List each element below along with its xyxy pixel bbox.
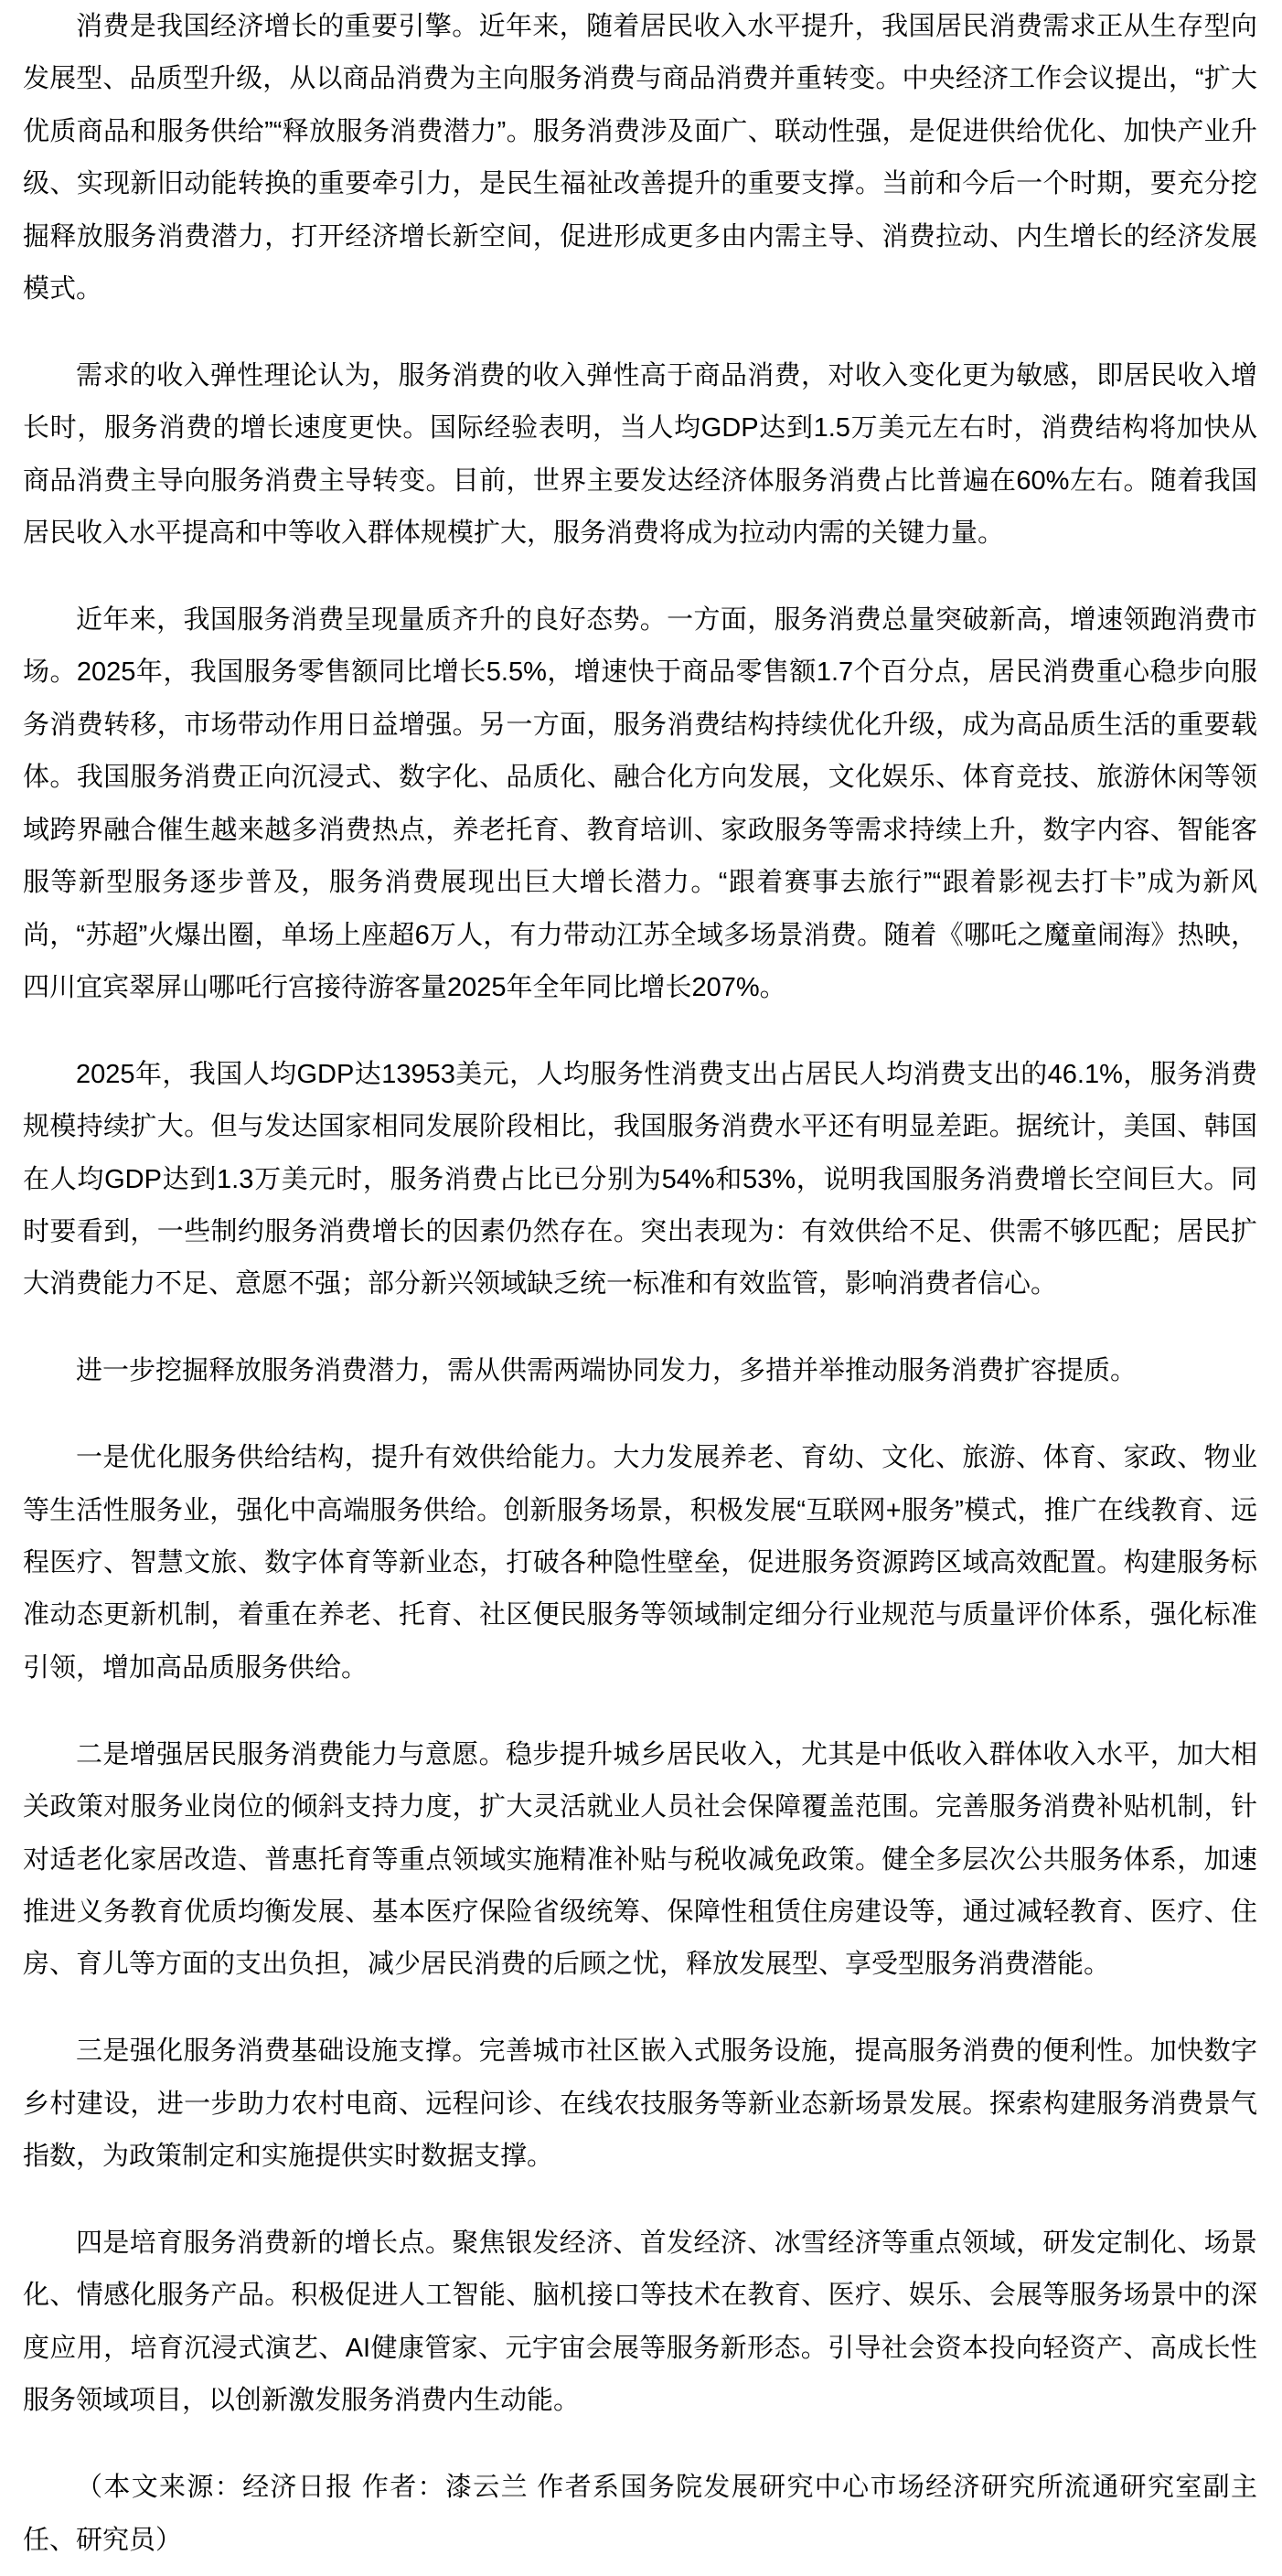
paragraph-source-note: （本文来源：经济日报 作者：漆云兰 作者系国务院发展研究中心市场经济研究所流通研… [23, 2462, 1257, 2567]
paragraph: 进一步挖掘释放服务消费潜力，需从供需两端协同发力，多措并举推动服务消费扩容提质。 [23, 1345, 1257, 1397]
paragraph: 三是强化服务消费基础设施支撑。完善城市社区嵌入式服务设施，提高服务消费的便利性。… [23, 2026, 1257, 2183]
paragraph: 二是增强居民服务消费能力与意愿。稳步提升城乡居民收入，尤其是中低收入群体收入水平… [23, 1729, 1257, 1992]
paragraph: 一是优化服务供给结构，提升有效供给能力。大力发展养老、育幼、文化、旅游、体育、家… [23, 1432, 1257, 1694]
paragraph: 需求的收入弹性理论认为，服务消费的收入弹性高于商品消费，对收入变化更为敏感，即居… [23, 350, 1257, 561]
paragraph: 四是培育服务消费新的增长点。聚焦银发经济、首发经济、冰雪经济等重点领域，研发定制… [23, 2218, 1257, 2428]
article-body: 消费是我国经济增长的重要引擎。近年来，随着居民收入水平提升，我国居民消费需求正从… [0, 0, 1282, 2576]
paragraph: 近年来，我国服务消费呈现量质齐升的良好态势。一方面，服务消费总量突破新高，增速领… [23, 594, 1257, 1014]
paragraph: 消费是我国经济增长的重要引擎。近年来，随着居民收入水平提升，我国居民消费需求正从… [23, 1, 1257, 315]
paragraph: 2025年，我国人均GDP达13953美元，人均服务性消费支出占居民人均消费支出… [23, 1049, 1257, 1311]
